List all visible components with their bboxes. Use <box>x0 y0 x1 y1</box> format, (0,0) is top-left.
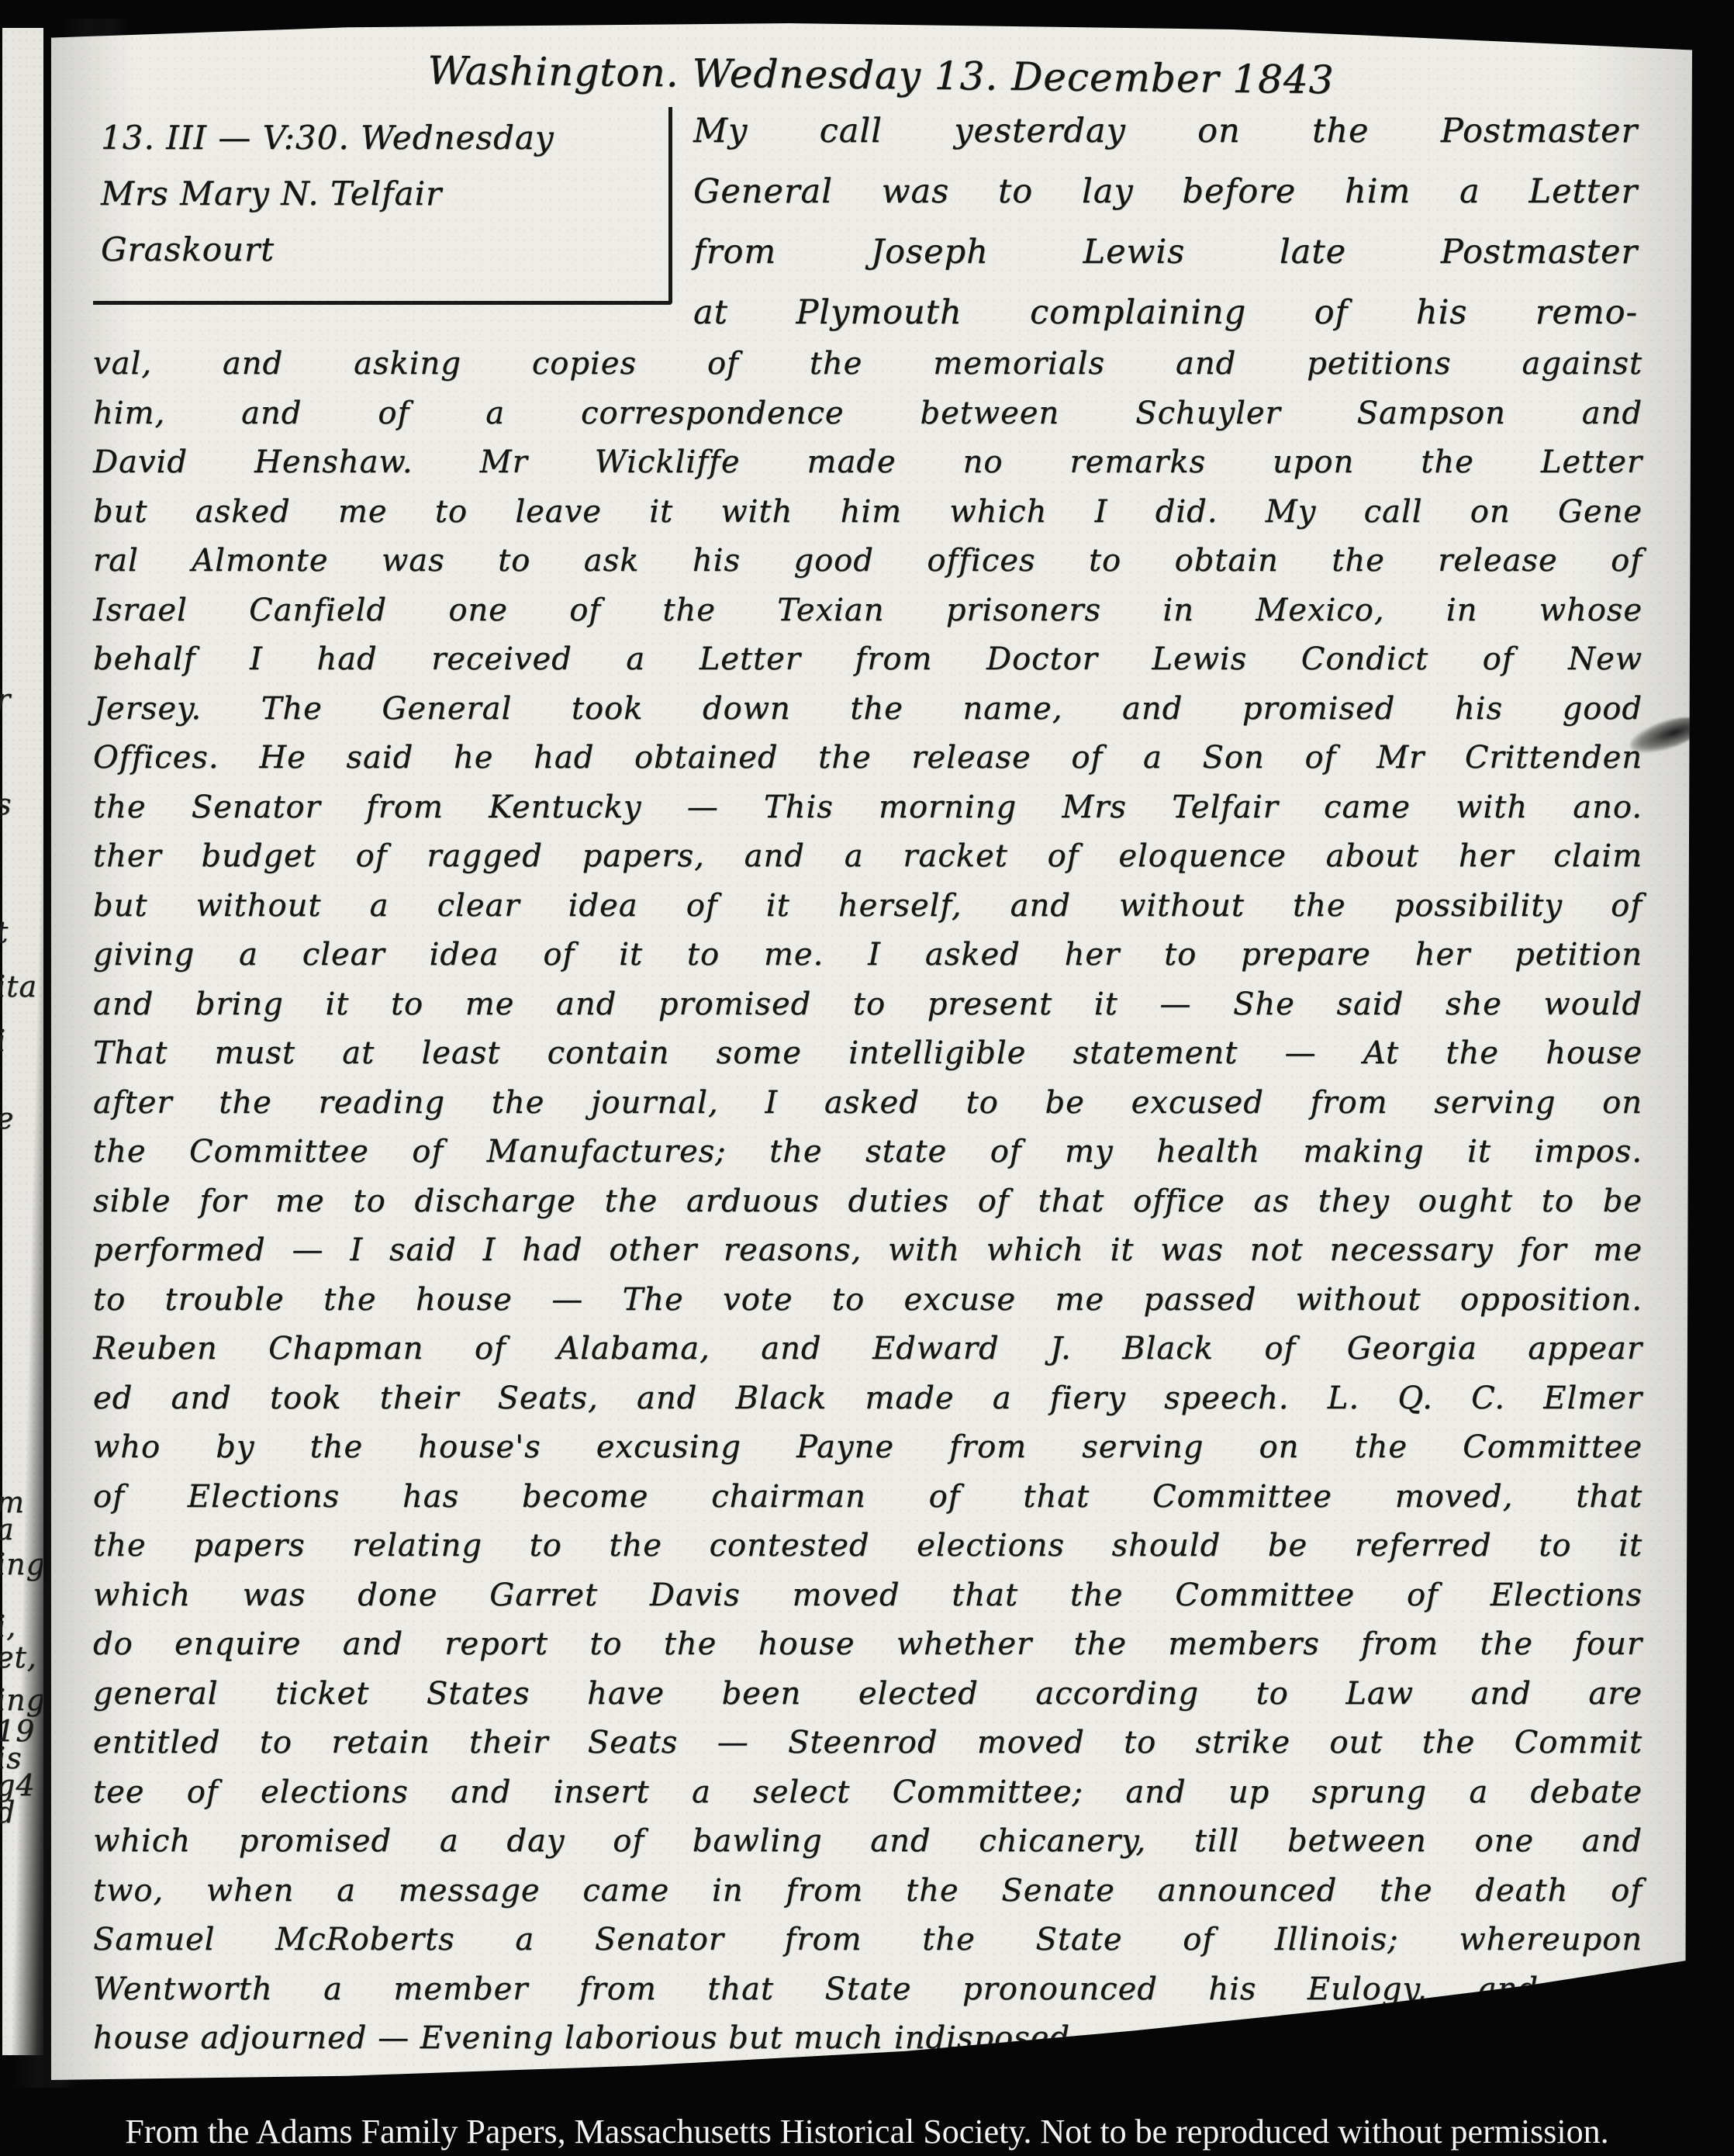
entry-heading: Washington. Wednesday 13. December 1843 <box>222 46 1541 105</box>
manuscript-line: and bring it to me and promised to prese… <box>93 980 1642 1030</box>
manuscript-line: sible for me to discharge the arduous du… <box>93 1177 1642 1227</box>
manuscript-line: him, and of a correspondence between Sch… <box>93 389 1642 439</box>
manuscript-line: from Joseph Lewis late Postmaster <box>693 222 1638 282</box>
manuscript-line: entitled to retain their Seats — Steenro… <box>93 1719 1642 1768</box>
edge-fragment: r <box>0 682 43 717</box>
manuscript-line: My call yesterday on the Postmaster <box>693 101 1638 161</box>
manuscript-line: Wentworth a member from that State prono… <box>93 1965 1642 2015</box>
margin-note: 13. III — V:30. Wednesday Mrs Mary N. Te… <box>93 107 672 305</box>
manuscript-line: Jersey. The General took down the name, … <box>93 685 1642 734</box>
edge-fragment: s <box>0 787 43 821</box>
manuscript-line: General was to lay before him a Letter <box>693 161 1638 222</box>
manuscript-line: tee of elections and insert a select Com… <box>93 1768 1642 1818</box>
manuscript-line: the papers relating to the contested ele… <box>93 1522 1642 1571</box>
margin-note-line: Graskourt <box>101 222 653 278</box>
margin-note-line: Mrs Mary N. Telfair <box>101 166 653 222</box>
manuscript-line: ther budget of ragged papers, and a rack… <box>93 832 1642 882</box>
manuscript-line: Reuben Chapman of Alabama, and Edward J.… <box>93 1325 1642 1374</box>
manuscript-line: which was done Garret Davis moved that t… <box>93 1571 1642 1621</box>
manuscript-line: ral Almonte was to ask his good offices … <box>93 537 1642 586</box>
manuscript-line: the Committee of Manufactures; the state… <box>93 1128 1642 1177</box>
manuscript-line: Israel Canfield one of the Texian prison… <box>93 586 1642 636</box>
manuscript-line: which promised a day of bawling and chic… <box>93 1817 1642 1867</box>
archive-caption: From the Adams Family Papers, Massachuse… <box>0 2112 1734 2151</box>
manuscript-line: giving a clear idea of it to me. I asked… <box>93 931 1642 980</box>
manuscript-line: to trouble the house — The vote to excus… <box>93 1276 1642 1325</box>
manuscript-line: but without a clear idea of it herself, … <box>93 882 1642 931</box>
manuscript-line: two, when a message came in from the Sen… <box>93 1867 1642 1916</box>
manuscript-line: but asked me to leave it with him which … <box>93 488 1642 537</box>
manuscript-line: David Henshaw. Mr Wickliffe made no rema… <box>93 438 1642 488</box>
manuscript-page: Washington. Wednesday 13. December 1843 … <box>51 23 1692 2080</box>
manuscript-line: Offices. He said he had obtained the rel… <box>93 734 1642 783</box>
manuscript-line: general ticket States have been elected … <box>93 1670 1642 1719</box>
manuscript-line: val, and asking copies of the memorials … <box>93 340 1642 389</box>
manuscript-line: do enquire and report to the house wheth… <box>93 1620 1642 1670</box>
manuscript-line: at Plymouth complaining of his remo- <box>693 282 1638 343</box>
manuscript-line: ed and took their Seats, and Black made … <box>93 1374 1642 1424</box>
manuscript-line: Samuel McRoberts a Senator from the Stat… <box>93 1916 1642 1965</box>
margin-note-line: 13. III — V:30. Wednesday <box>101 110 653 166</box>
manuscript-line: the Senator from Kentucky — This morning… <box>93 783 1642 833</box>
manuscript-line: after the reading the journal, I asked t… <box>93 1079 1642 1128</box>
manuscript-line: who by the house's excusing Payne from s… <box>93 1423 1642 1473</box>
manuscript-line: That must at least contain some intellig… <box>93 1029 1642 1079</box>
manuscript-line: house adjourned — Evening laborious but … <box>93 2014 1642 2064</box>
opening-paragraph: My call yesterday on the Postmaster Gene… <box>693 101 1638 343</box>
edge-fragment: t <box>0 915 43 949</box>
manuscript-line: behalf I had received a Letter from Doct… <box>93 635 1642 685</box>
entry-body: val, and asking copies of the memorials … <box>93 340 1642 2064</box>
diary-scan: r s t ita i e m a ing i, et, ing 19 is g… <box>0 0 1734 2156</box>
manuscript-line: of Elections has become chairman of that… <box>93 1473 1642 1522</box>
manuscript-line: performed — I said I had other reasons, … <box>93 1226 1642 1276</box>
